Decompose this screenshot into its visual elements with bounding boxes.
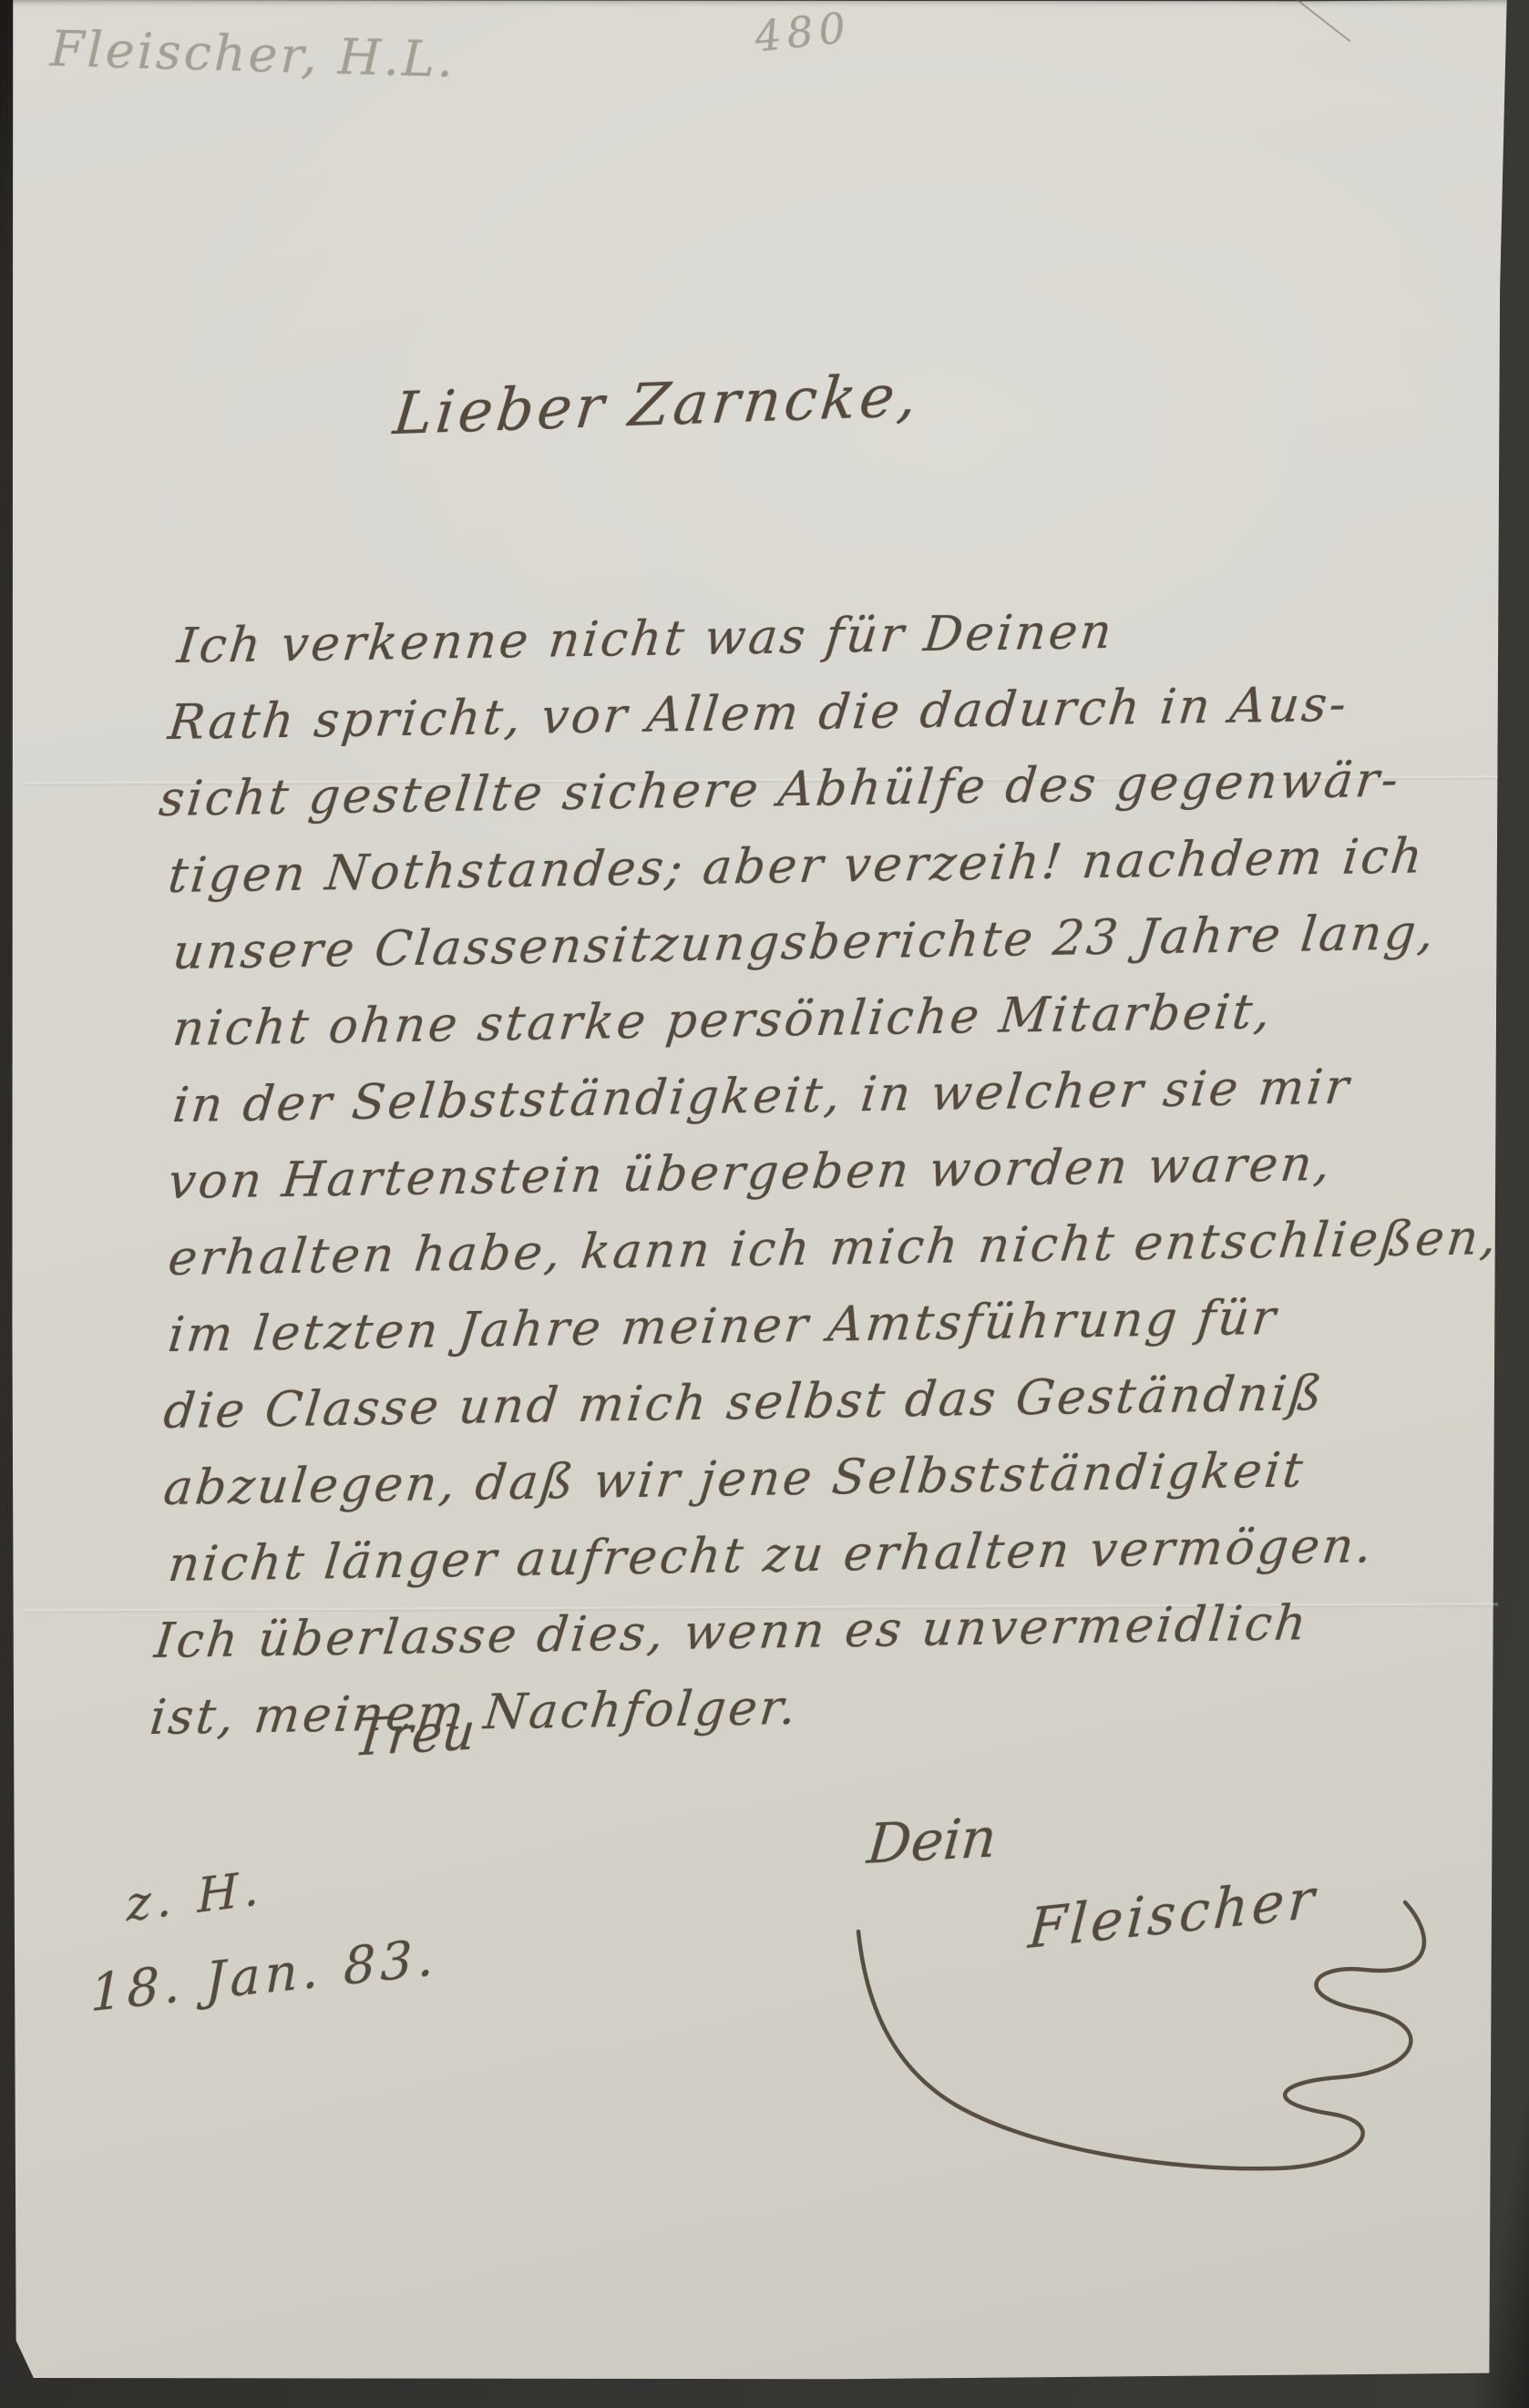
closing-pronoun: Dein	[865, 1806, 999, 1877]
pencil-attribution: Fleischer, H.L.	[49, 20, 457, 88]
scan-mat: Fleischer, H.L. 480 Lieber Zarncke, Ich …	[0, 0, 1529, 2408]
letter-body: Ich verkenne nicht was für DeinenRath sp…	[0, 609, 1529, 1757]
signature-flourish	[847, 1875, 1449, 2258]
valediction: Treu	[351, 1702, 477, 1768]
archival-number: 480	[752, 3, 853, 62]
